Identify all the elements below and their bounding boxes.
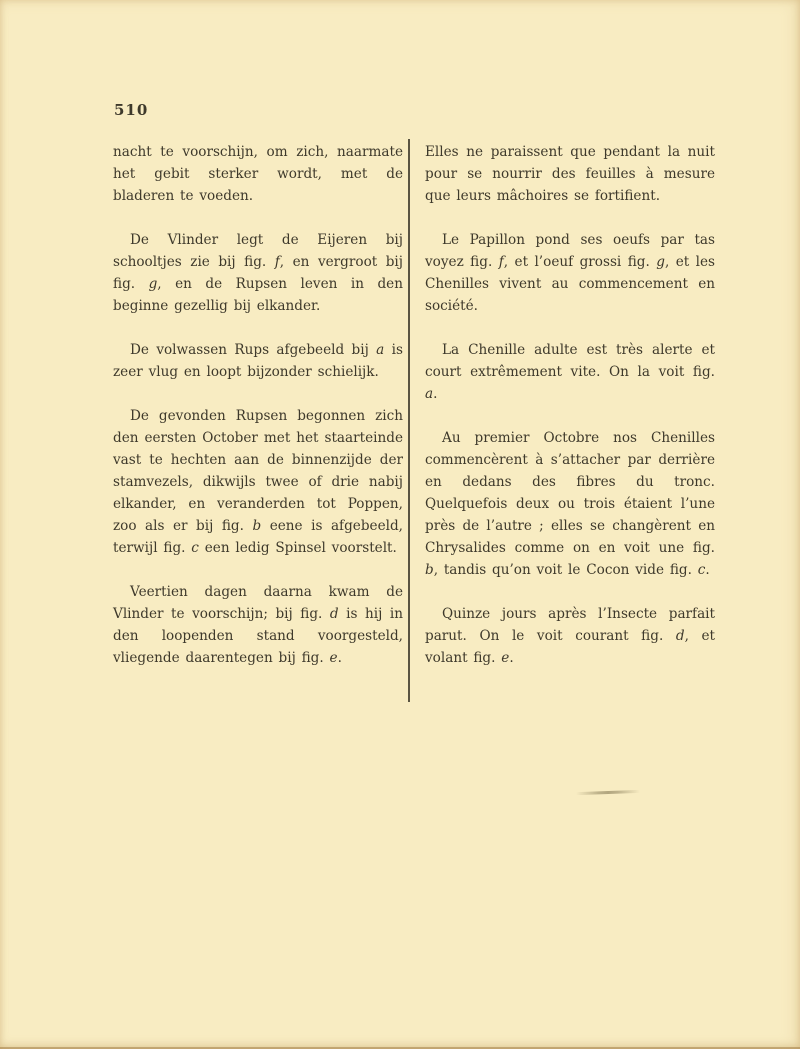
text-segment: . <box>338 650 342 666</box>
text-segment: Elles ne paraissent que pendant la nuit … <box>425 144 715 204</box>
left-column-dutch-text-paragraph-1: nacht te voorschijn, om zich, naarmate h… <box>113 141 403 207</box>
figure-reference-letter: a <box>425 386 433 402</box>
text-segment: Au premier Octobre nos Chenilles commenc… <box>425 430 715 556</box>
right-column-french-text-paragraph-4: Au premier Octobre nos Chenilles commenc… <box>425 427 715 581</box>
text-segment: De gevonden Rupsen begonnen zich den eer… <box>113 408 403 534</box>
figure-reference-letter: e <box>330 650 338 666</box>
text-segment: . <box>705 562 709 578</box>
figure-reference-letter: b <box>425 562 434 578</box>
figure-reference-letter: d <box>330 606 339 622</box>
right-column-french-text-paragraph-1: Elles ne paraissent que pendant la nuit … <box>425 141 715 207</box>
figure-reference-letter: c <box>191 540 199 556</box>
page-number: 510 <box>114 101 148 119</box>
text-segment: een ledig Spinsel voorstelt. <box>199 540 397 556</box>
right-column-french-text: Elles ne paraissent que pendant la nuit … <box>425 141 715 691</box>
left-column-dutch-text-paragraph-5: Veertien dagen daarna kwam de Vlinder te… <box>113 581 403 669</box>
section-divider-flourish <box>576 790 640 795</box>
right-column-french-text-paragraph-2: Le Papillon pond ses oeufs par tas voyez… <box>425 229 715 317</box>
text-segment: . <box>509 650 513 666</box>
figure-reference-letter: g <box>656 254 665 270</box>
text-segment: . <box>433 386 437 402</box>
left-column-dutch-text-paragraph-2: De Vlinder legt de Eijeren bij schooltje… <box>113 229 403 317</box>
text-segment: Quinze jours après l’Insecte parfait par… <box>425 606 715 644</box>
column-divider-rule <box>408 139 410 702</box>
figure-reference-letter: d <box>676 628 685 644</box>
right-column-french-text-paragraph-3: La Chenille adulte est très alerte et co… <box>425 339 715 405</box>
text-segment: , et l’oeuf grossi fig. <box>504 254 656 270</box>
book-page: 510 nacht te voorschijn, om zich, naarma… <box>0 0 800 1049</box>
text-segment: nacht te voorschijn, om zich, naarmate h… <box>113 144 403 204</box>
text-segment: De volwassen Rups afgebeeld bij <box>130 342 376 358</box>
left-column-dutch-text-paragraph-3: De volwassen Rups afgebeeld bij a is zee… <box>113 339 403 383</box>
figure-reference-letter: b <box>252 518 261 534</box>
figure-reference-letter: g <box>149 276 158 292</box>
text-segment: , tandis qu’on voit le Cocon vide fig. <box>434 562 698 578</box>
text-segment: , en de Rupsen leven in den beginne geze… <box>113 276 403 314</box>
text-segment: La Chenille adulte est très alerte et co… <box>425 342 715 380</box>
left-column-dutch-text-paragraph-4: De gevonden Rupsen begonnen zich den eer… <box>113 405 403 559</box>
right-column-french-text-paragraph-5: Quinze jours après l’Insecte parfait par… <box>425 603 715 669</box>
left-column-dutch-text: nacht te voorschijn, om zich, naarmate h… <box>113 141 403 691</box>
